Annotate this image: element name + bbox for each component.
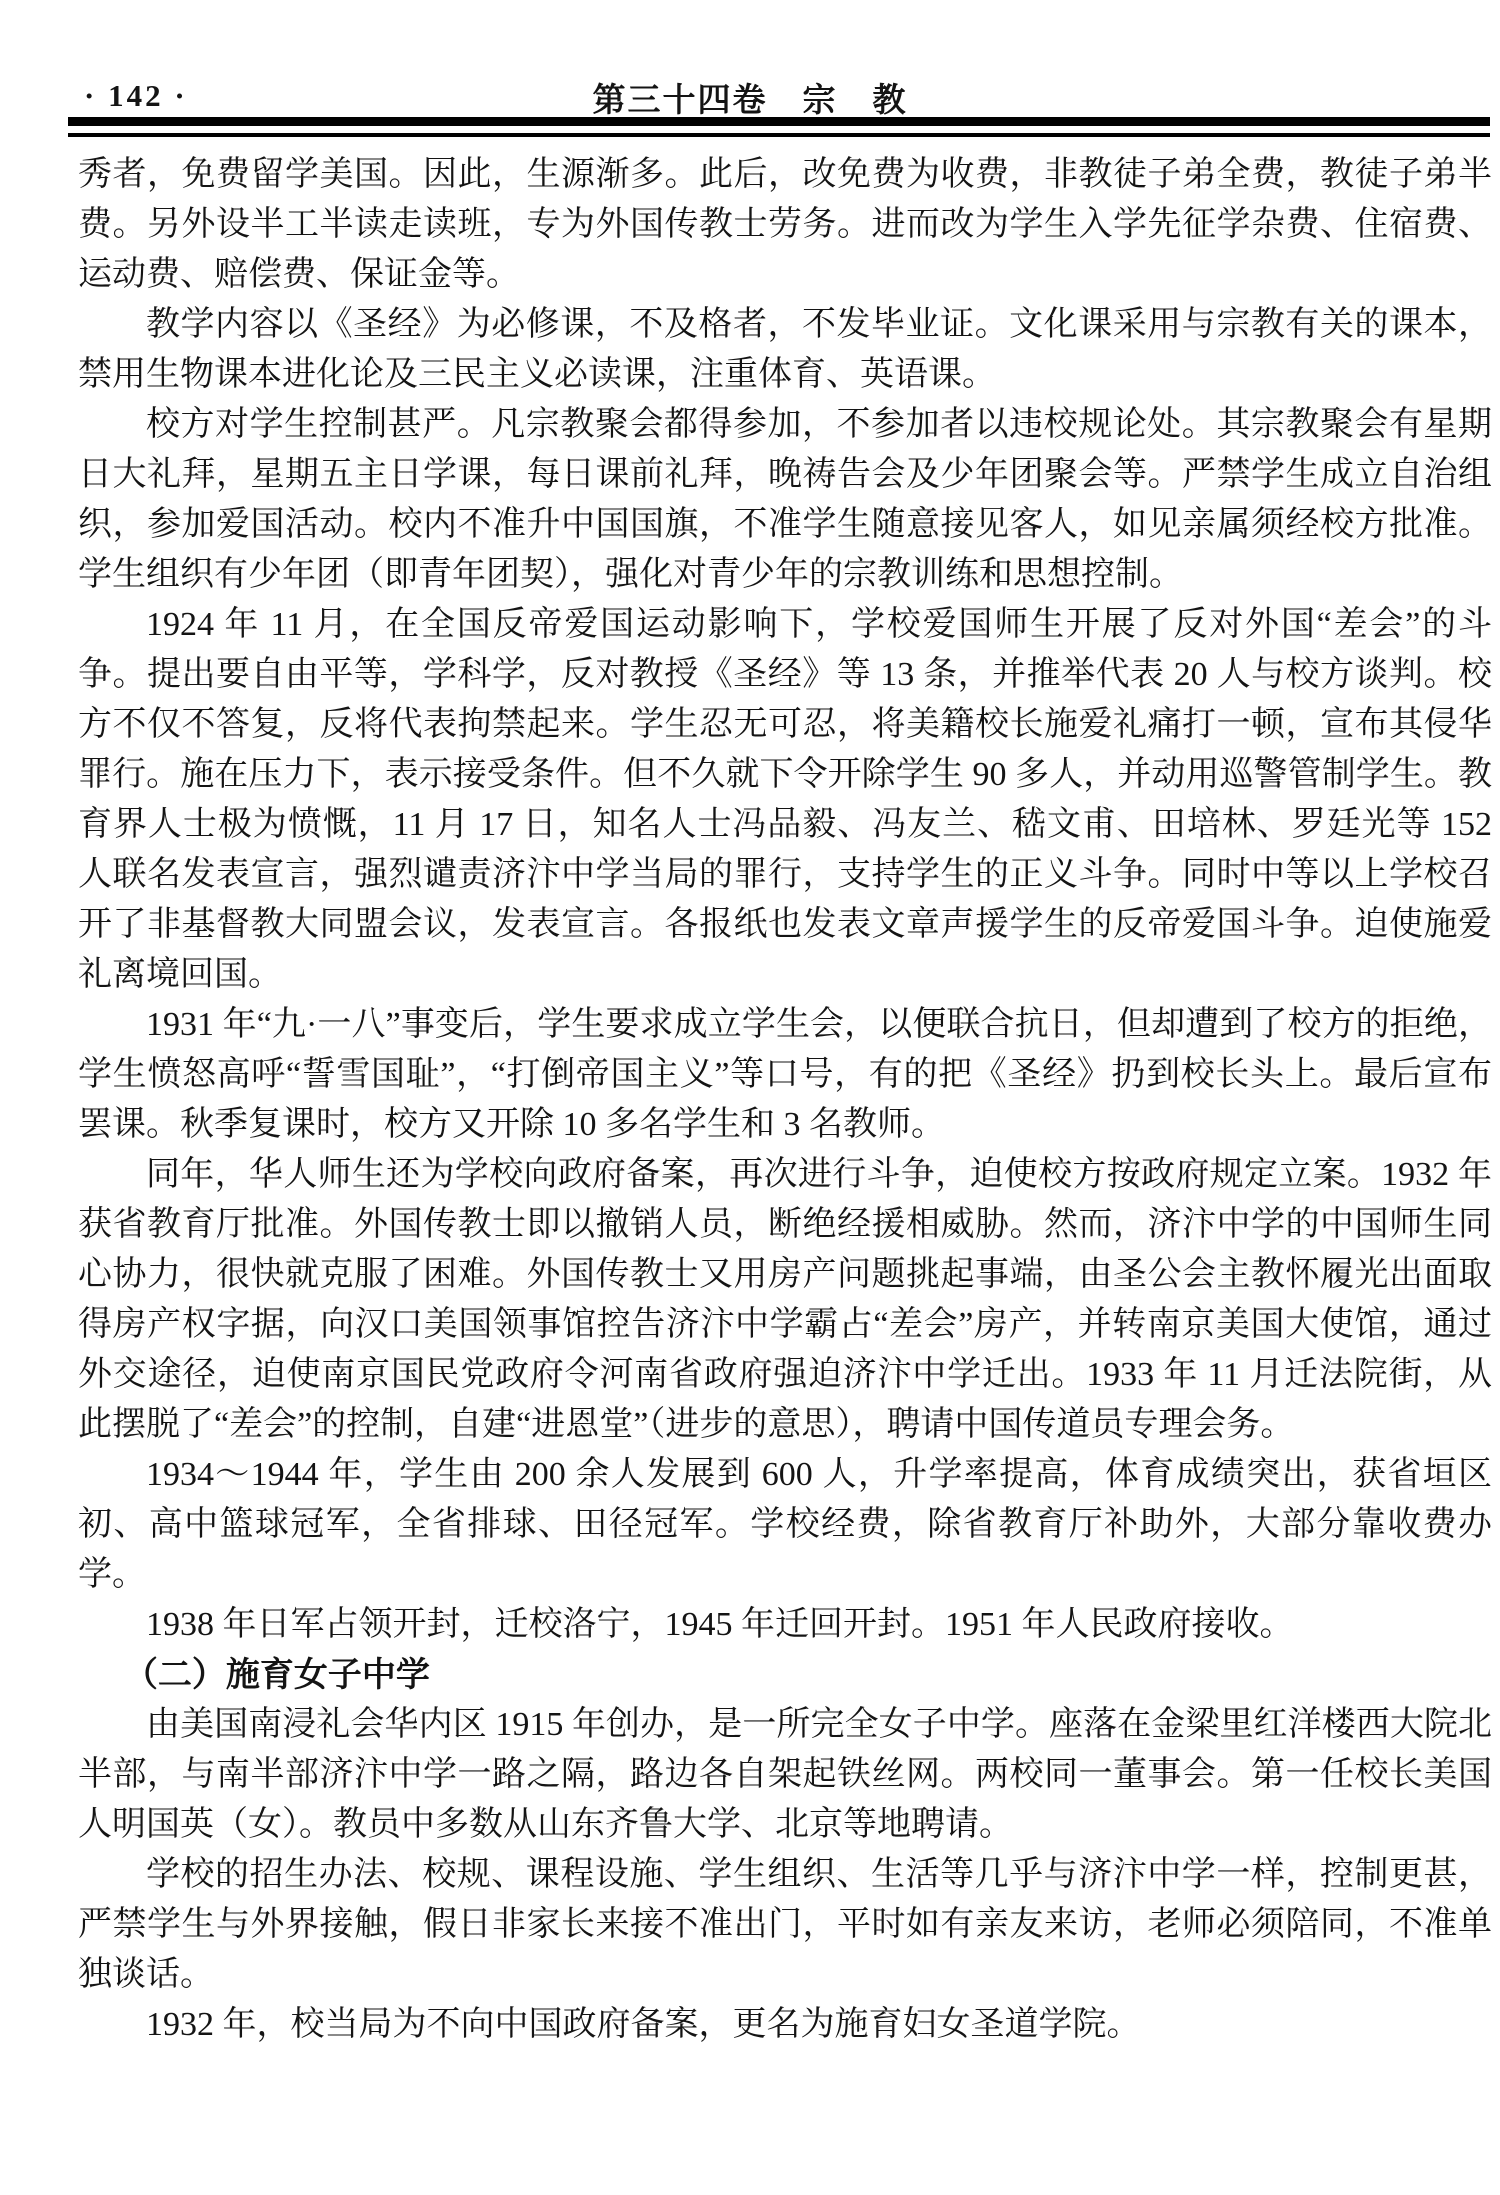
paragraph: 1931 年“九·一八”事变后，学生要求成立学生会，以便联合抗日，但却遭到了校方… [78, 1000, 1492, 1150]
page-header: · 142 · 第三十四卷 宗 教 [0, 74, 1500, 116]
body-text: 秀者，免费留学美国。因此，生源渐多。此后，改免费为收费，非教徒子弟全费，教徒子弟… [78, 150, 1492, 2050]
paragraph: 秀者，免费留学美国。因此，生源渐多。此后，改免费为收费，非教徒子弟全费，教徒子弟… [78, 150, 1492, 300]
header-rule-thin [68, 133, 1490, 137]
paragraph: 校方对学生控制甚严。凡宗教聚会都得参加，不参加者以违校规论处。其宗教聚会有星期日… [78, 400, 1492, 600]
paragraph: 1924 年 11 月，在全国反帝爱国运动影响下，学校爱国师生开展了反对外国“差… [78, 600, 1492, 1000]
book-page: · 142 · 第三十四卷 宗 教 秀者，免费留学美国。因此，生源渐多。此后，改… [0, 0, 1500, 2195]
header-title: 第三十四卷 宗 教 [0, 74, 1500, 121]
paragraph: 教学内容以《圣经》为必修课，不及格者，不发毕业证。文化课采用与宗教有关的课本，禁… [78, 300, 1492, 400]
header-rule-thick [68, 117, 1490, 126]
paragraph: 1938 年日军占领开封，迁校洛宁，1945 年迁回开封。1951 年人民政府接… [78, 1600, 1492, 1650]
paragraph: 学校的招生办法、校规、课程设施、学生组织、生活等几乎与济汴中学一样，控制更甚，严… [78, 1850, 1492, 2000]
section-heading: （二）施育女子中学 [78, 1650, 1492, 1700]
paragraph: 1934～1944 年，学生由 200 余人发展到 600 人，升学率提高，体育… [78, 1450, 1492, 1600]
paragraph: 同年，华人师生还为学校向政府备案，再次进行斗争，迫使校方按政府规定立案。1932… [78, 1150, 1492, 1450]
paragraph: 1932 年，校当局为不向中国政府备案，更名为施育妇女圣道学院。 [78, 2000, 1492, 2050]
paragraph: 由美国南浸礼会华内区 1915 年创办，是一所完全女子中学。座落在金梁里红洋楼西… [78, 1700, 1492, 1850]
